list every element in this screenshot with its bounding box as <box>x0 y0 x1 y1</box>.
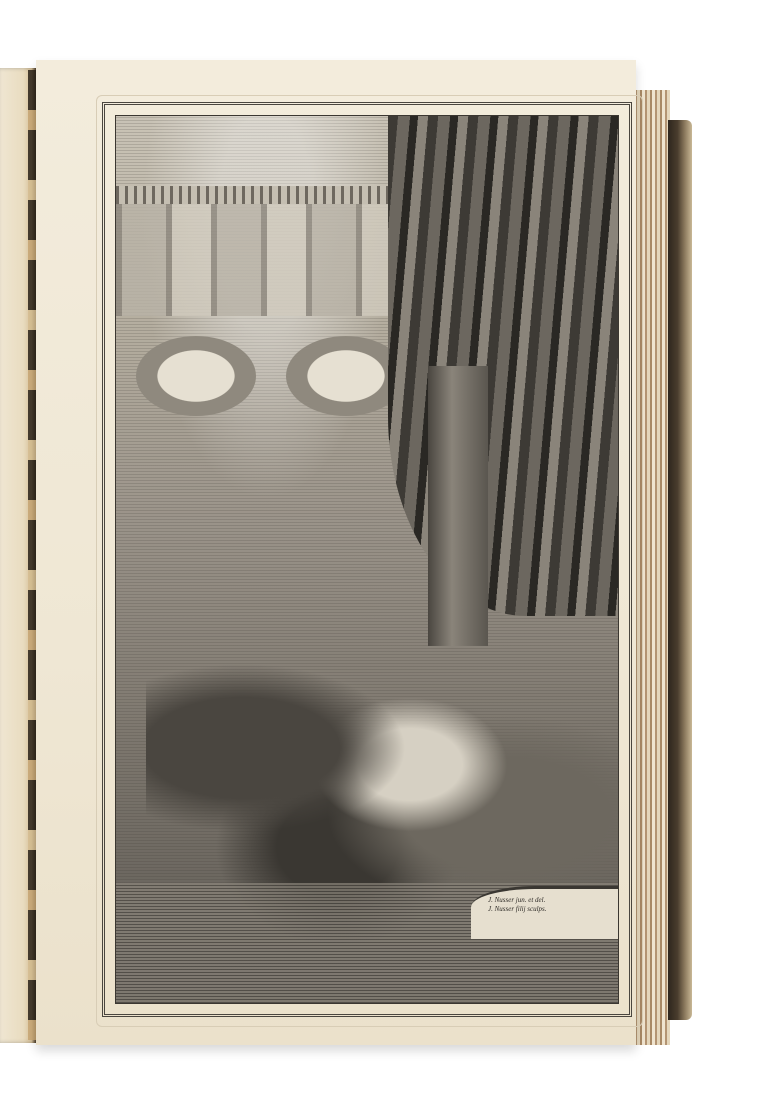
right-page: J. Nusser jun. et del. J. Nusser filij s… <box>36 60 636 1045</box>
column <box>428 366 488 646</box>
balustrade <box>116 186 406 204</box>
engraving-image: J. Nusser jun. et del. J. Nusser filij s… <box>115 115 619 1004</box>
book-cover-edge <box>668 120 692 1020</box>
engraving-frame: J. Nusser jun. et del. J. Nusser filij s… <box>102 102 632 1017</box>
drapery-curtain <box>388 116 618 616</box>
engraver-signature: J. Nusser jun. et del. J. Nusser filij s… <box>488 896 547 914</box>
signature-line-1: J. Nusser jun. et del. <box>488 896 547 905</box>
signature-line-2: J. Nusser filij sculps. <box>488 905 547 914</box>
arcade-building <box>116 186 406 316</box>
open-book: J. Nusser jun. et del. J. Nusser filij s… <box>0 60 700 1050</box>
riding-ring-left <box>136 336 256 416</box>
